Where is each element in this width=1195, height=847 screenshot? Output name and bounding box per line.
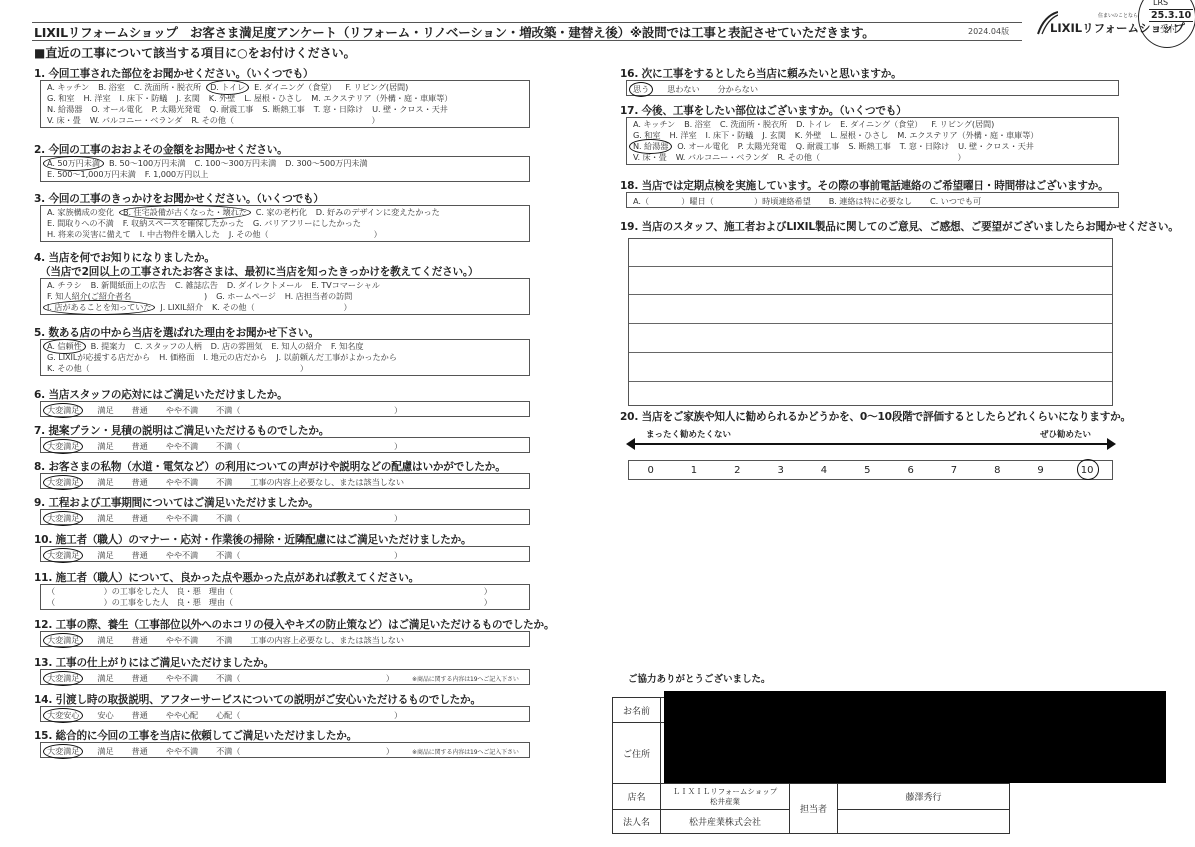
store-name: ＬＩＸＩＬリフォームショップ松井産業 [661,784,790,810]
option-q15-3[interactable]: やや不満 [166,746,198,757]
option-row: N. 給湯器O. オール電化P. 太陽光発電Q. 耐震工事S. 断熱工事T. 窓… [633,141,1112,152]
option-q1-0-1[interactable]: B. 浴室 [98,82,125,93]
q13-note: ※商品に関する内容は19へご記入下さい [412,676,519,683]
scale-option-4[interactable]: 4 [821,465,827,476]
option-q5-1-0[interactable]: G. LIXILが応援する店だから [47,352,150,363]
option-q4-0-2[interactable]: C. 雑誌広告 [175,280,218,291]
option-q1-2-3[interactable]: Q. 耐震工事 [210,104,254,115]
option-row: G. 和室H. 洋室I. 床下・防蟻J. 玄関K. 外壁L. 屋根・ひさしM. … [47,93,523,104]
staff-name: 藤澤秀行 [838,784,1010,810]
option-q7-3[interactable]: やや不満 [166,441,198,452]
option-q7-0[interactable]: 大変満足 [47,441,79,452]
q9-label: 9. 工程および工事期間についてはご満足いただけましたか。 [34,495,319,510]
option-q1-1-5[interactable]: L. 屋根・ひさし [244,93,302,104]
q20-label: 20. 当店をご家族や知人に勧められるかどうかを、0～10段階で評価するとしたら… [620,409,1131,424]
option-q10-4[interactable]: 不満（ ） [216,550,402,561]
option-q3-0-2[interactable]: C. 家の老朽化 [256,207,307,218]
option-q5-1-1[interactable]: H. 価格面 [159,352,194,363]
q4-options-box: A. チラシB. 新聞紙面上の広告C. 雑誌広告D. ダイレクトメールE. TV… [40,278,530,315]
option-q8-4[interactable]: 不満 [216,477,232,488]
option-q8-5[interactable]: 工事の内容上必要なし、または該当しない [250,477,404,488]
option-q9-1[interactable]: 満足 [97,513,113,524]
option-q4-1-2[interactable]: H. 店担当者の訪問 [285,291,353,302]
recommend-scale: 012345678910 [628,460,1113,480]
q11-label: 11. 施工者（職人）について、良かった点や悪かった点があれば教えてください。 [34,570,419,585]
q13-options-box: 大変満足満足普通やや不満不満（ ）※商品に関する内容は19へご記入下さい [40,669,530,685]
q13-label: 13. 工事の仕上がりにはご満足いただけましたか。 [34,655,274,670]
option-q2-0-0[interactable]: A. 50万円未満 [47,158,100,169]
option-q8-3[interactable]: やや不満 [166,477,198,488]
option-q3-1-2[interactable]: G. バリアフリーにしたかった [253,218,361,229]
option-q17-0-0[interactable]: A. キッチン [633,119,675,130]
option-q12-3[interactable]: やや不満 [166,635,198,646]
option-q17-1-2[interactable]: I. 床下・防蟻 [706,130,754,141]
option-q5-1-3[interactable]: J. 以前頼んだ工事がよかったから [276,352,397,363]
option-q17-2-4[interactable]: S. 断熱工事 [848,141,890,152]
option-q15-4[interactable]: 不満（ ） [216,746,394,757]
name-label: お名前 [613,698,661,723]
option-q2-0-2[interactable]: C. 100～300万円未満 [194,158,276,169]
option-q14-3[interactable]: やや心配 [166,710,198,721]
option-q12-0[interactable]: 大変満足 [47,635,79,646]
option-row: A. 家族構成の変化B. 住宅設備が古くなった・壊れたC. 家の老朽化D. 好み… [47,207,523,218]
scale-option-3[interactable]: 3 [777,465,783,476]
option-q3-1-1[interactable]: F. 収納スペースを確保したかった [123,218,244,229]
option-q3-0-3[interactable]: D. 好みのデザインに変えたかった [316,207,440,218]
q12-options-box: 大変満足満足普通やや不満不満工事の内容上必要なし、または該当しない [40,631,530,647]
option-row: A. 50万円未満B. 50～100万円未満C. 100～300万円未満D. 3… [47,158,523,169]
option-q3-0-1[interactable]: B. 住宅設備が古くなった・壊れた [123,207,247,218]
option-row: 大変満足満足普通やや不満不満（ ） [47,403,523,416]
scale-option-5[interactable]: 5 [864,465,870,476]
option-q1-2-4[interactable]: S. 断熱工事 [262,104,304,115]
option-q1-0-5[interactable]: F. リビング(居間) [345,82,408,93]
option-q17-2-3[interactable]: Q. 耐震工事 [796,141,840,152]
option-q17-2-0[interactable]: N. 給湯器 [633,141,668,152]
instruction-heading: ■直近の工事について該当する項目に○をお付けください。 [34,44,356,61]
option-q1-3-2[interactable]: R. その他（ ） [191,115,379,126]
option-q3-1-0[interactable]: E. 間取りへの不満 [47,218,114,229]
option-q1-2-6[interactable]: U. 壁・クロス・天井 [372,104,448,115]
option-q17-0-2[interactable]: C. 洗面所・脱衣所 [720,119,787,130]
option-q17-0-5[interactable]: F. リビング(居間) [931,119,994,130]
option-q8-2[interactable]: 普通 [132,477,148,488]
option-q2-1-1[interactable]: F. 1,000万円以上 [145,169,209,180]
option-q4-2-2[interactable]: K. その他（ ） [212,302,352,313]
option-q18-1[interactable]: B. 連絡は特に必要なし [829,196,912,207]
option-row: I. 店があることを知っていたJ. LIXIL紹介K. その他（ ） [47,302,523,313]
option-q9-2[interactable]: 普通 [132,513,148,524]
q6-options-box: 大変満足満足普通やや不満不満（ ） [40,401,530,417]
q1-label: 1. 今回工事された部位をお聞かせください。（いくつでも） [34,66,313,81]
option-row: （ ）の工事をした人 良・悪 理由（ ） [47,586,523,597]
option-row: E. 間取りへの不満F. 収納スペースを確保したかったG. バリアフリーにしたか… [47,218,523,229]
option-q15-1[interactable]: 満足 [97,746,113,757]
option-q6-0[interactable]: 大変満足 [47,405,79,416]
store-name-line2: 松井産業 [662,797,788,807]
thanks-message: ご協力ありがとうございました。 [628,671,771,685]
option-q5-2-0[interactable]: K. その他（ ） [47,363,308,374]
option-q1-0-4[interactable]: E. ダイニング（食堂） [254,82,336,93]
option-q13-1[interactable]: 満足 [97,673,113,684]
option-row: A. キッチンB. 浴室C. 洗面所・脱衣所D. トイレE. ダイニング（食堂）… [47,82,523,93]
q19-label: 19. 当店のスタッフ、施工者およびLIXIL製品に関してのご意見、ご感想、ご要… [620,219,1179,234]
option-q5-0-5[interactable]: F. 知名度 [331,341,364,352]
option-row: 大変満足満足普通やや不満不満（ ） [47,548,523,561]
option-row: V. 床・畳W. バルコニー・ベランダR. その他（ ） [47,115,523,126]
q17-options-box: A. キッチンB. 浴室C. 洗面所・脱衣所D. トイレE. ダイニング（食堂）… [626,117,1119,165]
option-q4-0-0[interactable]: A. チラシ [47,280,82,291]
option-q14-0[interactable]: 大変安心 [47,710,79,721]
option-row: A.（ ）曜日（ ）時頃連絡希望B. 連絡は特に必要なしC. いつでも可 [633,194,1112,207]
option-q17-2-5[interactable]: T. 窓・日除け [900,141,949,152]
option-q13-4[interactable]: 不満（ ） [216,673,394,684]
option-q17-2-6[interactable]: U. 壁・クロス・天井 [958,141,1034,152]
q14-label: 14. 引渡し時の取扱説明、アフターサービスについての説明がご安心いただけるもの… [34,692,481,707]
option-row: A. チラシB. 新聞紙面上の広告C. 雑誌広告D. ダイレクトメールE. TV… [47,280,523,291]
scale-option-1[interactable]: 1 [691,465,697,476]
option-q16-1[interactable]: 思わない [667,84,699,95]
option-q4-0-4[interactable]: E. TVコマーシャル [311,280,380,291]
option-row: V. 床・畳W. バルコニー・ベランダR. その他（ ） [633,152,1112,163]
q11-options-box: （ ）の工事をした人 良・悪 理由（ ）（ ）の工事をした人 良・悪 理由（ ） [40,584,530,610]
option-q10-1[interactable]: 満足 [97,550,113,561]
option-q1-1-1[interactable]: H. 洋室 [83,93,110,104]
option-row: E. 500～1,000万円未満F. 1,000万円以上 [47,169,523,180]
q15-options-box: 大変満足満足普通やや不満不満（ ）※商品に関する内容は19へご記入下さい [40,742,530,758]
option-q7-1[interactable]: 満足 [97,441,113,452]
option-q10-2[interactable]: 普通 [132,550,148,561]
option-q10-0[interactable]: 大変満足 [47,550,79,561]
option-q3-0-0[interactable]: A. 家族構成の変化 [47,207,114,218]
option-q5-0-1[interactable]: B. 提案力 [91,341,126,352]
option-q8-1[interactable]: 満足 [97,477,113,488]
option-q17-0-1[interactable]: B. 浴室 [684,119,711,130]
q9-options-box: 大変満足満足普通やや不満不満（ ） [40,509,530,525]
option-q1-2-2[interactable]: P. 太陽光発電 [152,104,201,115]
option-row: 大変満足満足普通やや不満不満（ ） [47,439,523,452]
option-row: A. キッチンB. 浴室C. 洗面所・脱衣所D. トイレE. ダイニング（食堂）… [633,119,1112,130]
option-row: A. 信頼性B. 提案力C. スタッフの人柄D. 店の雰囲気E. 知人の紹介F.… [47,341,523,352]
option-q17-1-3[interactable]: J. 玄関 [762,130,786,141]
option-q1-2-5[interactable]: T. 窓・日除け [314,104,363,115]
option-row: 大変安心安心普通やや心配心配（ ） [47,708,523,721]
q6-label: 6. 当店スタッフの応対にはご満足いただけましたか。 [34,387,288,402]
option-q2-1-0[interactable]: E. 500～1,000万円未満 [47,169,136,180]
q1-options-box: A. キッチンB. 浴室C. 洗面所・脱衣所D. トイレE. ダイニング（食堂）… [40,80,530,128]
option-q17-2-2[interactable]: P. 太陽光発電 [738,141,787,152]
scale-option-8[interactable]: 8 [994,465,1000,476]
option-q8-0[interactable]: 大変満足 [47,477,79,488]
q2-label: 2. 今回の工事のおおよその金額をお聞かせください。 [34,142,288,157]
option-q4-0-3[interactable]: D. ダイレクトメール [227,280,302,291]
corp-label: 法人名 [613,810,661,834]
option-q1-0-2[interactable]: C. 洗面所・脱衣所 [134,82,201,93]
q16-options-box: 思う思わない分からない [626,80,1119,96]
option-q14-1[interactable]: 安心 [97,710,113,721]
scale-left-anchor: まったく勧めたくない [646,428,731,440]
option-q2-0-3[interactable]: D. 300～500万円未満 [285,158,367,169]
q8-label: 8. お客さまの私物（水道・電気など）の利用についての声がけや説明などの配慮はい… [34,459,506,474]
option-q17-1-5[interactable]: L. 屋根・ひさし [830,130,888,141]
option-q5-0-2[interactable]: C. スタッフの人柄 [134,341,201,352]
option-q1-0-3[interactable]: D. トイレ [210,82,245,93]
scale-option-7[interactable]: 7 [951,465,957,476]
option-q12-2[interactable]: 普通 [132,635,148,646]
option-q6-2[interactable]: 普通 [132,405,148,416]
option-q13-2[interactable]: 普通 [132,673,148,684]
option-q16-2[interactable]: 分からない [718,84,758,95]
option-q17-0-3[interactable]: D. トイレ [796,119,831,130]
q7-options-box: 大変満足満足普通やや不満不満（ ） [40,437,530,453]
option-q17-2-1[interactable]: O. オール電化 [677,141,728,152]
q18-options-box: A.（ ）曜日（ ）時頃連絡希望B. 連絡は特に必要なしC. いつでも可 [626,192,1119,208]
corp-name: 松井産業株式会社 [661,810,790,834]
option-text[interactable]: （ ）の工事をした人 良・悪 理由（ ） [47,586,492,597]
q2-options-box: A. 50万円未満B. 50～100万円未満C. 100～300万円未満D. 3… [40,156,530,182]
q12-label: 12. 工事の際、養生（工事部位以外へのホコリの侵入やキズの防止策など）はご満足… [34,617,554,632]
option-q1-1-6[interactable]: M. エクステリア（外構・庭・車庫等） [311,93,452,104]
option-q18-2[interactable]: C. いつでも可 [930,196,981,207]
option-q17-1-6[interactable]: M. エクステリア（外構・庭・車庫等） [897,130,1038,141]
option-q17-0-4[interactable]: E. ダイニング（食堂） [840,119,922,130]
redaction-block [664,691,1166,783]
option-q7-4[interactable]: 不満（ ） [216,441,402,452]
option-q17-3-1[interactable]: W. バルコニー・ベランダ [676,152,769,163]
option-q16-0[interactable]: 思う [633,84,649,95]
q4-label: 4. 当店を何でお知りになりましたか。 [34,250,215,265]
q3-options-box: A. 家族構成の変化B. 住宅設備が古くなった・壊れたC. 家の老朽化D. 好み… [40,205,530,242]
option-q1-1-2[interactable]: I. 床下・防蟻 [120,93,168,104]
q10-options-box: 大変満足満足普通やや不満不満（ ） [40,546,530,562]
staff-label: 担当者 [790,784,838,834]
option-q5-1-2[interactable]: I. 地元の店だから [203,352,267,363]
option-q6-3[interactable]: やや不満 [166,405,198,416]
stamp-bottom-text: 受付 [1160,22,1178,35]
scale-right-anchor: ぜひ勧めたい [1040,428,1091,440]
q8-options-box: 大変満足満足普通やや不満不満工事の内容上必要なし、または該当しない [40,473,530,489]
scale-option-6[interactable]: 6 [907,465,913,476]
option-q4-2-0[interactable]: I. 店があることを知っていた [47,302,151,313]
store-name-line1: ＬＩＸＩＬリフォームショップ [662,787,788,797]
option-q12-5[interactable]: 工事の内容上必要なし、または該当しない [250,635,404,646]
q10-label: 10. 施工者（職人）のマナー・応対・作業後の掃除・近隣配慮にはご満足いただけま… [34,532,471,547]
option-q17-1-4[interactable]: K. 外壁 [795,130,821,141]
option-row: 大変満足満足普通やや不満不満工事の内容上必要なし、または該当しない [47,475,523,488]
option-row: 思う思わない分からない [633,82,1112,95]
option-row: 大変満足満足普通やや不満不満（ ） [47,511,523,524]
logo-tagline: 住まいのことなら [1098,12,1138,19]
stamp-top-text: LRS [1153,0,1168,7]
q5-label: 5. 数ある店の中から当店を選ばれた理由をお聞かせ下さい。 [34,325,319,340]
option-q3-2-2[interactable]: J. その他（ ） [229,229,382,240]
option-q9-0[interactable]: 大変満足 [47,513,79,524]
option-q12-4[interactable]: 不満 [216,635,232,646]
option-q6-1[interactable]: 満足 [97,405,113,416]
option-row: 大変満足満足普通やや不満不満（ ）※商品に関する内容は19へご記入下さい [47,671,523,685]
option-row: K. その他（ ） [47,363,523,374]
option-q3-2-0[interactable]: H. 将来の災害に備えて [47,229,131,240]
option-q14-2[interactable]: 普通 [132,710,148,721]
option-q4-1-1[interactable]: G. ホームページ [216,291,276,302]
option-row: （ ）の工事をした人 良・悪 理由（ ） [47,597,523,608]
q7-label: 7. 提案プラン・見積の説明はご満足いただけるものでしたか。 [34,423,329,438]
option-q13-0[interactable]: 大変満足 [47,673,79,684]
option-q15-2[interactable]: 普通 [132,746,148,757]
address-label: ご住所 [613,723,661,784]
option-q4-0-1[interactable]: B. 新聞紙面上の広告 [91,280,166,291]
scale-option-10[interactable]: 10 [1081,465,1094,476]
q4-sublabel: （当店で2回以上の工事されたお客さまは、最初に当店を知ったきっかけを教えてくださ… [40,264,478,279]
q19-answer-area[interactable] [628,238,1113,406]
q5-options-box: A. 信頼性B. 提案力C. スタッフの人柄D. 店の雰囲気E. 知人の紹介F.… [40,339,530,376]
option-q7-2[interactable]: 普通 [132,441,148,452]
option-q14-4[interactable]: 心配（ ） [216,710,402,721]
option-q1-3-0[interactable]: V. 床・畳 [47,115,81,126]
option-q12-1[interactable]: 満足 [97,635,113,646]
option-q13-3[interactable]: やや不満 [166,673,198,684]
document-title: LIXILリフォームショップ お客さま満足度アンケート（リフォーム・リノベーショ… [34,23,875,41]
option-row: 大変満足満足普通やや不満不満（ ）※商品に関する内容は19へご記入下さい [47,744,523,758]
option-q9-3[interactable]: やや不満 [166,513,198,524]
option-q6-4[interactable]: 不満（ ） [216,405,402,416]
option-q15-0[interactable]: 大変満足 [47,746,79,757]
option-q17-3-0[interactable]: V. 床・畳 [633,152,667,163]
store-label: 店名 [613,784,661,810]
q15-note: ※商品に関する内容は19へご記入下さい [412,749,519,756]
option-q3-2-1[interactable]: I. 中古物件を購入した [140,229,220,240]
option-q1-1-4[interactable]: K. 外壁 [209,93,235,104]
option-q4-2-1[interactable]: J. LIXIL紹介 [160,302,203,313]
q14-options-box: 大変安心安心普通やや心配心配（ ） [40,706,530,722]
option-q10-3[interactable]: やや不満 [166,550,198,561]
option-q9-4[interactable]: 不満（ ） [216,513,402,524]
option-q17-3-2[interactable]: R. その他（ ） [777,152,965,163]
option-row: G. 和室H. 洋室I. 床下・防蟻J. 玄関K. 外壁L. 屋根・ひさしM. … [633,130,1112,141]
option-q17-1-1[interactable]: H. 洋室 [669,130,696,141]
option-q5-0-4[interactable]: E. 知人の紹介 [271,341,322,352]
option-q1-1-3[interactable]: J. 玄関 [176,93,200,104]
option-q1-1-0[interactable]: G. 和室 [47,93,74,104]
q17-label: 17. 今後、工事をしたい部位はございますか。（いくつでも） [620,103,907,118]
q3-label: 3. 今回の工事のきっかけをお聞かせください。（いくつでも） [34,191,324,206]
form-version: 2024.04版 [968,26,1009,37]
q16-label: 16. 次に工事をするとしたら当店に頼みたいと思いますか。 [620,66,902,81]
option-text[interactable]: （ ）の工事をした人 良・悪 理由（ ） [47,597,492,608]
option-q18-0[interactable]: A.（ ）曜日（ ）時頃連絡希望 [633,196,811,207]
q18-label: 18. 当店では定期点検を実施しています。その際の事前電話連絡のご希望曜日・時間… [620,178,1109,193]
option-q2-0-1[interactable]: B. 50～100万円未満 [109,158,186,169]
option-row: H. 将来の災害に備えてI. 中古物件を購入したJ. その他（ ） [47,229,523,240]
option-q1-2-0[interactable]: N. 給湯器 [47,104,82,115]
staff-second-field[interactable] [838,810,1010,834]
scale-option-2[interactable]: 2 [734,465,740,476]
option-row: 大変満足満足普通やや不満不満工事の内容上必要なし、または該当しない [47,633,523,646]
option-q1-0-0[interactable]: A. キッチン [47,82,89,93]
option-row: G. LIXILが応援する店だからH. 価格面I. 地元の店だからJ. 以前頼ん… [47,352,523,363]
option-q1-3-1[interactable]: W. バルコニー・ベランダ [90,115,183,126]
scale-option-9[interactable]: 9 [1037,465,1043,476]
option-row: N. 給湯器O. オール電化P. 太陽光発電Q. 耐震工事S. 断熱工事T. 窓… [47,104,523,115]
option-q1-2-1[interactable]: O. オール電化 [91,104,142,115]
stamp-date: 25.3.10 [1149,9,1193,22]
option-q5-0-0[interactable]: A. 信頼性 [47,341,82,352]
option-q5-0-3[interactable]: D. 店の雰囲気 [211,341,263,352]
scale-option-0[interactable]: 0 [647,465,653,476]
q15-label: 15. 総合的に今回の工事を当店に依頼してご満足いただけましたか。 [34,728,357,743]
